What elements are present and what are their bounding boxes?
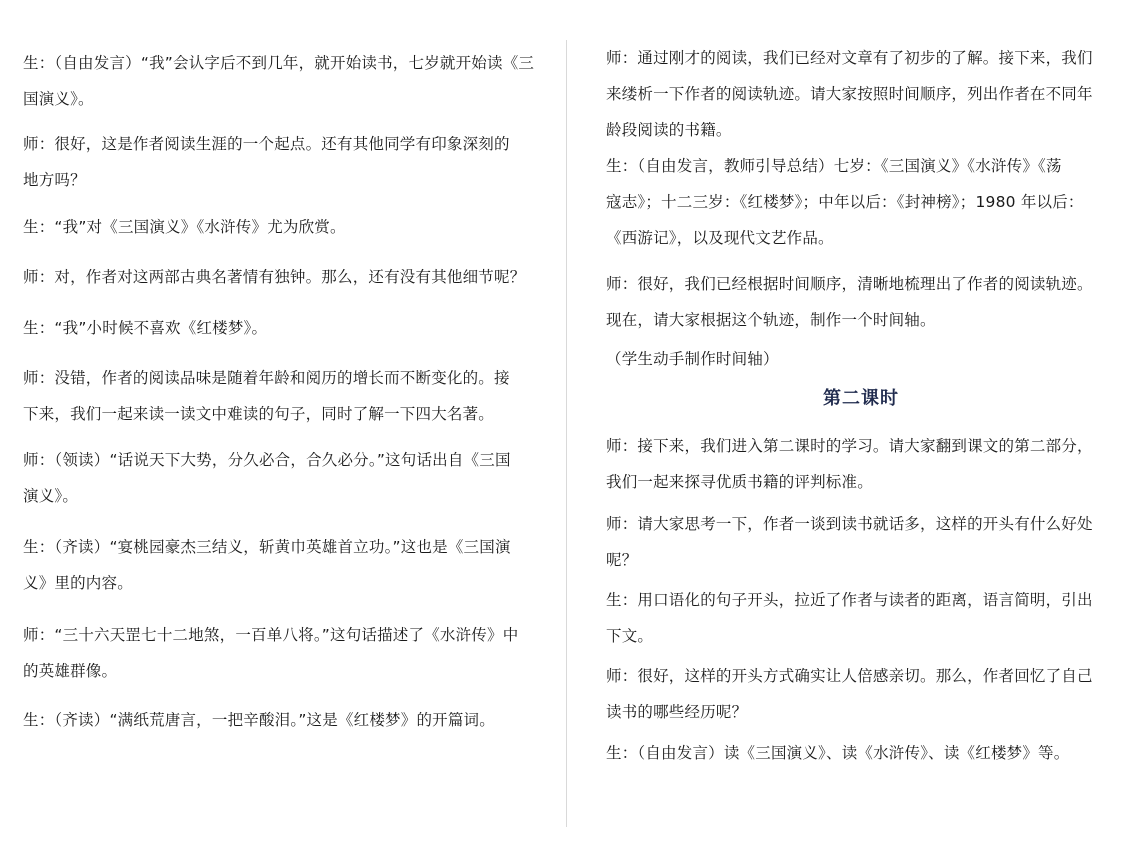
text-line: 师：“三十六天罡七十二地煞，一百单八将。”这句话描述了《水浒传》中 [23, 626, 518, 644]
text-line: 师：很好，我们已经根据时间顺序，清晰地梳理出了作者的阅读轨迹。 [606, 275, 1093, 293]
text-line: 师：接下来，我们进入第二课时的学习。请大家翻到课文的第二部分， [606, 437, 1093, 455]
paragraph-teacher-details: 师：对，作者对这两部古典名著情有独钟。那么，还有没有其他细节呢？ [23, 259, 525, 295]
paragraph-student-books: 生：（自由发言）读《三国演义》、读《水浒传》、读《红楼梦》等。 [606, 735, 1069, 771]
text-line: 生：（自由发言，教师引导总结）七岁：《三国演义》《水浒传》《荡 [606, 157, 1062, 175]
paragraph-teacher-reading-track: 师：通过刚才的阅读，我们已经对文章有了初步的了解。接下来，我们 来缕析一下作者的… [606, 40, 1093, 148]
text-line: 寇志》；十二三岁：《红楼梦》；中年以后：《封神榜》；1980 年以后： [606, 193, 1084, 211]
text-line: 师：通过刚才的阅读，我们已经对文章有了初步的了解。接下来，我们 [606, 49, 1093, 67]
text-line: 现在，请大家根据这个轨迹，制作一个时间轴。 [606, 311, 936, 329]
text-line: 龄段阅读的书籍。 [606, 121, 732, 139]
text-line: 国演义》。 [23, 90, 94, 108]
section-heading: 第二课时 [606, 384, 1116, 410]
text-line: 师：请大家思考一下，作者一谈到读书就话多，这样的开头有什么好处 [606, 515, 1093, 533]
text-line: 生：“我”对《三国演义》《水浒传》尤为欣赏。 [23, 218, 346, 236]
paragraph-teacher-timeline: 师：很好，我们已经根据时间顺序，清晰地梳理出了作者的阅读轨迹。 现在，请大家根据… [606, 266, 1093, 338]
paragraph-teacher-lead-reading: 师：（领读）“话说天下大势，分久必合，合久必分。”这句话出自《三国 演义》。 [23, 442, 511, 514]
text-line: 生：（齐读）“宴桃园豪杰三结义，斩黄巾英雄首立功。”这也是《三国演 [23, 538, 511, 556]
paragraph-student-activity: （学生动手制作时间轴） [606, 341, 779, 377]
text-line: 师：对，作者对这两部古典名著情有独钟。那么，还有没有其他细节呢？ [23, 268, 525, 286]
text-line: 师：（领读）“话说天下大势，分久必合，合久必分。”这句话出自《三国 [23, 451, 511, 469]
text-line: 我们一起来探寻优质书籍的评判标准。 [606, 473, 873, 491]
text-line: 读书的哪些经历呢？ [606, 703, 747, 721]
text-line: 生：（自由发言）“我”会认字后不到几年，就开始读书，七岁就开始读《三 [23, 54, 534, 72]
paragraph-student-red-mansion: 生：（齐读）“满纸荒唐言，一把辛酸泪。”这是《红楼梦》的开篇词。 [23, 702, 495, 738]
text-line: 师：没错，作者的阅读品味是随着年龄和阅历的增长而不断变化的。接 [23, 369, 510, 387]
text-line: 呢？ [606, 551, 637, 569]
paragraph-teacher-taste: 师：没错，作者的阅读品味是随着年龄和阅历的增长而不断变化的。接 下来，我们一起来… [23, 360, 510, 432]
paragraph-student-first-reading: 生：（自由发言）“我”会认字后不到几年，就开始读书，七岁就开始读《三 国演义》。 [23, 45, 534, 117]
paragraph-teacher-water-margin: 师：“三十六天罡七十二地煞，一百单八将。”这句话描述了《水浒传》中 的英雄群像。 [23, 617, 518, 689]
text-line: 师：很好，这样的开头方式确实让人倍感亲切。那么，作者回忆了自己 [606, 667, 1093, 685]
text-line: 的英雄群像。 [23, 662, 117, 680]
paragraph-student-group-reading: 生：（齐读）“宴桃园豪杰三结义，斩黄巾英雄首立功。”这也是《三国演 义》里的内容… [23, 529, 511, 601]
text-line: 生：（自由发言）读《三国演义》、读《水浒传》、读《红楼梦》等。 [606, 744, 1069, 762]
text-line: 义》里的内容。 [23, 574, 133, 592]
paragraph-student-summary: 生：（自由发言，教师引导总结）七岁：《三国演义》《水浒传》《荡 寇志》；十二三岁… [606, 148, 1084, 256]
text-line: 生：“我”小时候不喜欢《红楼梦》。 [23, 319, 267, 337]
text-line: 师：很好，这是作者阅读生涯的一个起点。还有其他同学有印象深刻的 [23, 135, 510, 153]
column-divider [566, 40, 567, 827]
paragraph-teacher-question: 师：很好，这是作者阅读生涯的一个起点。还有其他同学有印象深刻的 地方吗？ [23, 126, 510, 198]
text-line: 来缕析一下作者的阅读轨迹。请大家按照时间顺序，列出作者在不同年 [606, 85, 1093, 103]
paragraph-student-opening-answer: 生：用口语化的句子开头，拉近了作者与读者的距离，语言简明，引出 下文。 [606, 582, 1093, 654]
text-line: 地方吗？ [23, 171, 86, 189]
text-line: 下来，我们一起来读一读文中难读的句子，同时了解一下四大名著。 [23, 405, 494, 423]
text-line: 下文。 [606, 627, 653, 645]
text-line: 生：（齐读）“满纸荒唐言，一把辛酸泪。”这是《红楼梦》的开篇词。 [23, 711, 495, 729]
paragraph-teacher-opening-question: 师：请大家思考一下，作者一谈到读书就话多，这样的开头有什么好处 呢？ [606, 506, 1093, 578]
paragraph-student-appreciation: 生：“我”对《三国演义》《水浒传》尤为欣赏。 [23, 209, 346, 245]
text-line: 演义》。 [23, 487, 78, 505]
paragraph-teacher-experiences: 师：很好，这样的开头方式确实让人倍感亲切。那么，作者回忆了自己 读书的哪些经历呢… [606, 658, 1093, 730]
text-line: （学生动手制作时间轴） [606, 350, 779, 368]
text-line: 《西游记》，以及现代文艺作品。 [606, 229, 834, 247]
paragraph-teacher-second-lesson: 师：接下来，我们进入第二课时的学习。请大家翻到课文的第二部分， 我们一起来探寻优… [606, 428, 1093, 500]
paragraph-student-dislike: 生：“我”小时候不喜欢《红楼梦》。 [23, 310, 267, 346]
text-line: 生：用口语化的句子开头，拉近了作者与读者的距离，语言简明，引出 [606, 591, 1093, 609]
